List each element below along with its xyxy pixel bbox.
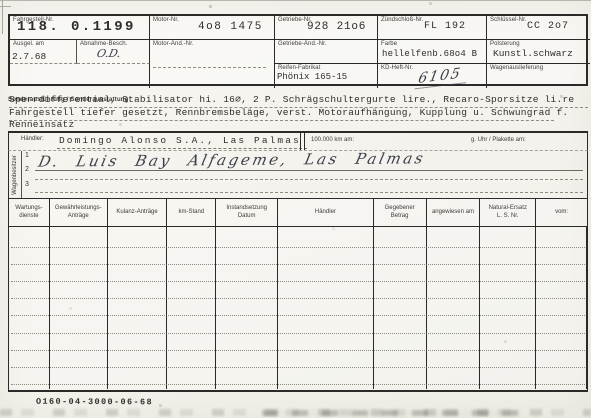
field-label: Farbe [381, 41, 397, 47]
scanned-vehicle-service-card: Fahrgestell-Nr. 118. 0.1199 Ausgel. am 2… [0, 0, 591, 418]
haendler-value: Domingo Alonso S.A., Las Palmas [57, 135, 307, 149]
motor-nr-value: 4o8 1475 [198, 21, 263, 33]
owner-row-number: 3 [25, 181, 29, 188]
field-label: Getriebe-Änd.-Nr. [278, 41, 327, 47]
kd-heft-handwritten-value: 6105 [414, 65, 469, 90]
table-empty-row-line [11, 367, 585, 368]
field-motor-nr: Motor-Nr. 4o8 1475 [150, 16, 275, 40]
table-column [50, 227, 108, 389]
field-label: Reifen-Fabrikat [278, 65, 321, 71]
table-column [374, 227, 427, 389]
scan-ghost-text [262, 410, 522, 416]
reifen-fabrikat-value: Phönix 165-15 [277, 72, 347, 82]
table-empty-row-line [11, 333, 585, 334]
wagenbesitzer-vertical-label: Wagenbesitzer [9, 151, 22, 198]
fahrgestell-nr-value: 118. 0.1199 [17, 19, 136, 35]
scan-speckles [0, 0, 1, 1]
field-getriebe-aenderungs-nr: Getriebe-Änd.-Nr. [275, 40, 378, 64]
table-column-header: vom: [536, 199, 587, 226]
sonderausstattung-section: Sonderausführung / Sonderausstattung Spe… [8, 88, 588, 106]
vehicle-data-card: Fahrgestell-Nr. 118. 0.1199 Ausgel. am 2… [8, 14, 588, 86]
table-column-header: Händler [278, 199, 374, 226]
table-column-header: Natural-Ersatz L. S. Nr. [480, 199, 536, 226]
table-empty-row-line [11, 247, 585, 248]
field-reifen-fabrikat: Reifen-Fabrikat Phönix 165-15 [275, 64, 378, 88]
field-label: Ausgel. am [13, 41, 44, 47]
owner-row-number: 2 [25, 166, 29, 173]
farbe-value: hellelfenb.68o4 B [382, 49, 477, 59]
sonderausstattung-line: Sperrdifferential, Stabilisator hi. 16∅,… [9, 94, 588, 108]
field-getriebe-nr: Getriebe-Nr. 928 21o6 [275, 16, 378, 40]
field-abnahme-bescheinigung: Abnahme-Besch. O.D. [77, 40, 150, 64]
polsterung-value: Kunstl.schwarz [493, 48, 573, 59]
uhr-plakette-label: g. Uhr / Plakette am: [471, 137, 526, 143]
field-farbe: Farbe hellelfenb.68o4 B [378, 40, 487, 64]
haendler-row: Händler: Domingo Alonso S.A., Las Palmas… [8, 131, 588, 150]
field-kd-heft-nr: KD-Heft-Nr. 6105 [378, 64, 487, 88]
schluessel-nr-value: CC 2o7 [527, 21, 569, 32]
owner-row-line [35, 192, 583, 193]
table-column-header: Gegebener Betrag [374, 199, 427, 226]
owner-row-line [35, 179, 583, 180]
table-column [536, 227, 587, 389]
km-100000-label: 100.000 km am: [311, 137, 354, 143]
table-empty-row-line [11, 315, 585, 316]
scan-edge-artifact [0, 0, 591, 1]
table-column [480, 227, 536, 389]
wagenbesitzer-section: Wagenbesitzer 1D. Luis Bay Alfageme, Las… [8, 150, 588, 198]
ausgeliefert-value: 2.7.68 [12, 51, 46, 62]
table-column-header: Instandsetzung Datum [216, 199, 278, 226]
table-column-header: Gewährleistungs- Anträge [50, 199, 108, 226]
table-column-header: angewiesen am [427, 199, 481, 226]
table-empty-row-line [11, 384, 585, 385]
sonderausstattung-line: Renneinsatz [9, 119, 74, 130]
field-label: Motor-Nr. [153, 17, 179, 23]
field-polsterung: Polsterung Kunstl.schwarz [487, 40, 590, 64]
table-column-header: Kulanz-Anträge [108, 199, 168, 226]
owner-row-line [35, 170, 583, 171]
field-label: Motor-Änd.-Nr. [153, 41, 194, 47]
table-empty-row-line [11, 298, 585, 299]
getriebe-nr-value: 928 21o6 [307, 21, 366, 33]
field-label: Zündschloß-Nr. [381, 17, 423, 23]
abnahme-handwritten-value: O.D. [96, 47, 123, 60]
table-column-header: km-Stand [167, 199, 216, 226]
owner-handwritten-name: D. Luis Bay Alfageme, Las Palmas [37, 149, 428, 170]
table-column [108, 227, 168, 389]
table-column-header: Wartungs- dienste [9, 199, 50, 226]
table-column [167, 227, 216, 389]
empty-cell [10, 64, 150, 88]
field-wagenauslieferung: Wagenauslieferung [487, 64, 590, 88]
sonderausstattung-line: Fahrgestell tiefer gesetzt, Rennbremsbel… [9, 107, 554, 121]
zuendschloss-nr-value: FL 192 [424, 21, 466, 32]
table-empty-row-line [11, 264, 585, 265]
table-column [9, 227, 50, 389]
form-number: O160-04-3000-06-68 [36, 397, 153, 408]
table-empty-row-line [11, 350, 585, 351]
field-fahrgestell-nr: Fahrgestell-Nr. 118. 0.1199 [10, 16, 150, 40]
field-zuendschloss-nr: Zündschloß-Nr. FL 192 [378, 16, 487, 40]
field-label: Schlüssel-Nr. [490, 17, 527, 23]
table-column [216, 227, 278, 389]
field-label: Wagenauslieferung [490, 65, 543, 71]
scan-edge-artifact [0, 6, 11, 7]
field-label: KD-Heft-Nr. [381, 65, 413, 71]
table-empty-row-line [11, 281, 585, 282]
table-column [278, 227, 374, 389]
divider [300, 133, 305, 150]
service-table: Wartungs- diensteGewährleistungs- Anträg… [8, 198, 588, 392]
owner-row-number: 1 [25, 152, 29, 159]
field-ausgeliefert-am: Ausgel. am 2.7.68 [10, 40, 77, 64]
service-table-body [9, 227, 587, 389]
haendler-label: Händler: [21, 136, 44, 142]
field-label: Polsterung [490, 41, 520, 47]
field-motor-aenderungs-nr: Motor-Änd.-Nr. [150, 40, 275, 88]
field-schluessel-nr: Schlüssel-Nr. CC 2o7 [487, 16, 590, 40]
table-column [427, 227, 481, 389]
service-table-header-row: Wartungs- diensteGewährleistungs- Anträg… [9, 199, 587, 227]
